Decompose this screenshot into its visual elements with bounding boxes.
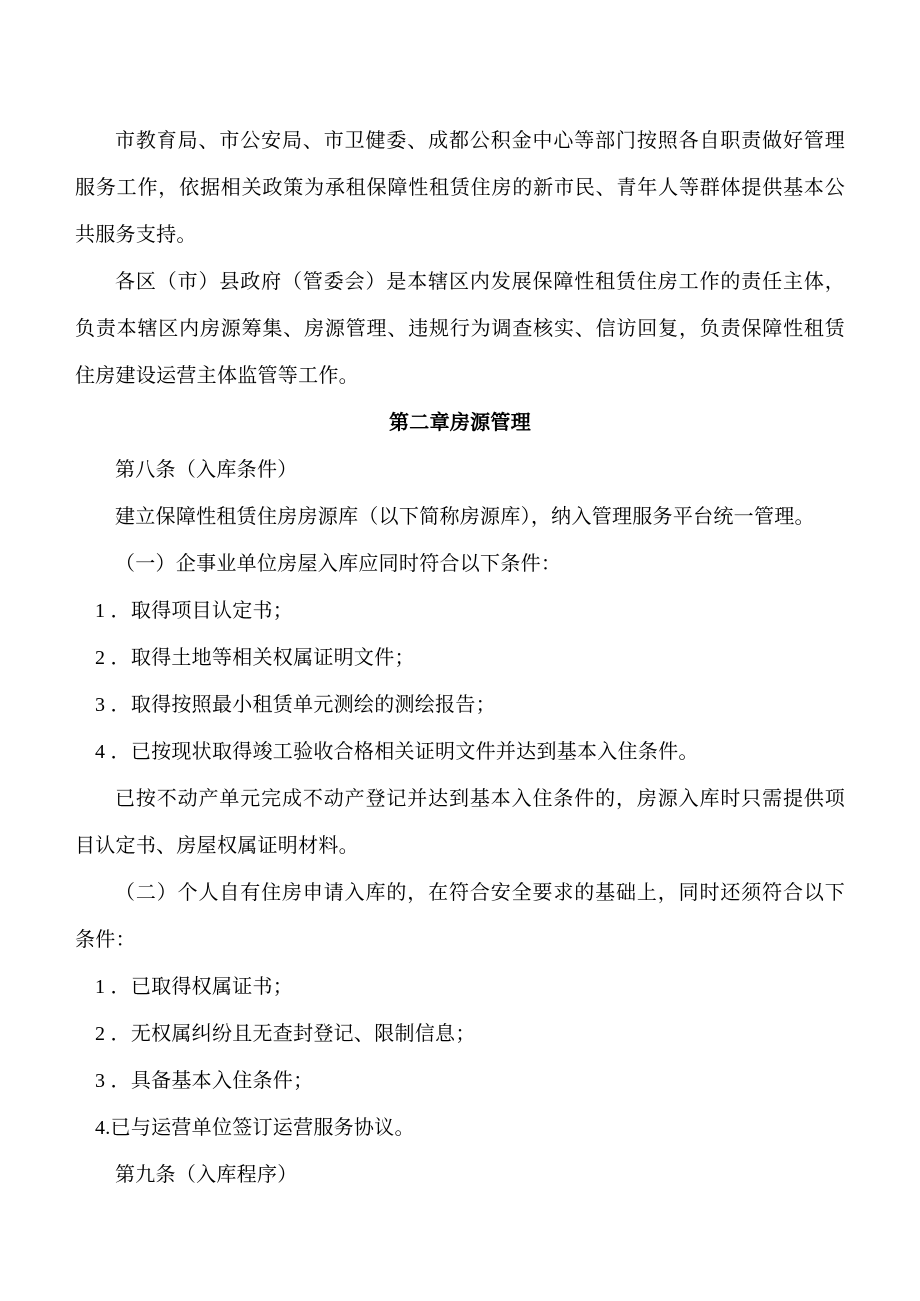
list-item: 3 ．具备基本入住条件； [75, 1058, 845, 1105]
paragraph-registered-property: 已按不动产单元完成不动产登记并达到基本入住条件的，房源入库时只需提供项目认定书、… [75, 776, 845, 870]
article-8-title: 第八条（入库条件） [75, 447, 845, 494]
list-item: 1 ．取得项目认定书； [75, 588, 845, 635]
paragraph-district-responsibility: 各区（市）县政府（管委会）是本辖区内发展保障性租赁住房工作的责任主体，负责本辖区… [75, 259, 845, 400]
list-item: 4.已与运营单位签订运营服务协议。 [75, 1105, 845, 1152]
list-item: 2 ．取得土地等相关权属证明文件； [75, 635, 845, 682]
chapter-heading: 第二章房源管理 [75, 400, 845, 447]
document-page: 市教育局、市公安局、市卫健委、成都公积金中心等部门按照各自职责做好管理服务工作，… [0, 0, 920, 1301]
paragraph-housing-pool: 建立保障性租赁住房房源库（以下简称房源库），纳入管理服务平台统一管理。 [75, 494, 845, 541]
list-item: 2 ．无权属纠纷且无查封登记、限制信息； [75, 1011, 845, 1058]
list-item: 1 ．已取得权属证书； [75, 964, 845, 1011]
list-item: 4 ．已按现状取得竣工验收合格相关证明文件并达到基本入住条件。 [75, 729, 845, 776]
article-9-title: 第九条（入库程序） [75, 1152, 845, 1199]
paragraph-departments-duties: 市教育局、市公安局、市卫健委、成都公积金中心等部门按照各自职责做好管理服务工作，… [75, 118, 845, 259]
document-body: 市教育局、市公安局、市卫健委、成都公积金中心等部门按照各自职责做好管理服务工作，… [75, 118, 845, 1199]
clause-1-intro: （一）企事业单位房屋入库应同时符合以下条件： [75, 541, 845, 588]
clause-2-intro: （二）个人自有住房申请入库的，在符合安全要求的基础上，同时还须符合以下条件： [75, 870, 845, 964]
list-item: 3 ．取得按照最小租赁单元测绘的测绘报告； [75, 682, 845, 729]
